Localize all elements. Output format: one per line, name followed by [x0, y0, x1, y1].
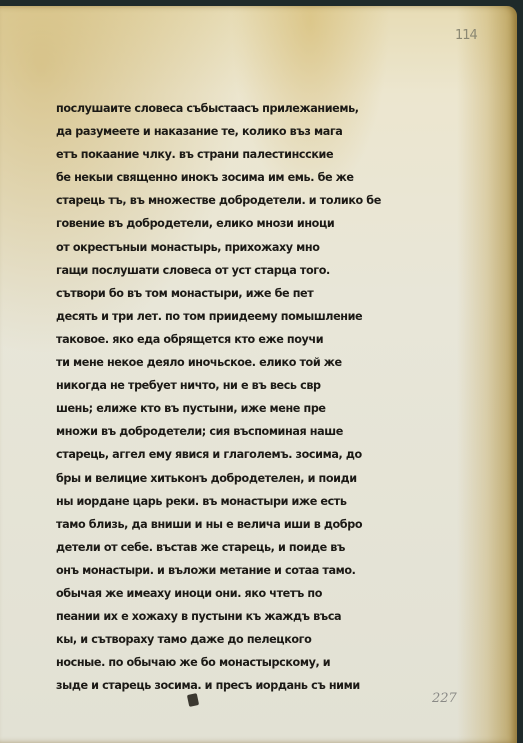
- folio-number: 114: [455, 28, 477, 43]
- text-line: детели от себе. въстав же старець, и пои…: [56, 536, 386, 559]
- text-line: обычая же имеаху иноци они. яко чтетъ по: [56, 582, 386, 605]
- page-number: 227: [432, 691, 457, 706]
- text-line: шень; елиже кто въ пустыни, иже мене пре: [56, 397, 386, 420]
- text-line: говение въ добродетели, елико мнози иноц…: [56, 212, 386, 235]
- text-line: бры и велицие хитьконъ добродетелен, и п…: [56, 467, 386, 490]
- text-line: таковое. яко еда обрящется кто еже поучи: [56, 328, 386, 351]
- text-line: десять и три лет. по том приидеему помыш…: [56, 305, 386, 328]
- text-block: послушаите словеса събыстаасъ прилежание…: [56, 97, 386, 697]
- text-line: да разумеете и наказание те, колико въз …: [56, 120, 386, 143]
- text-line: множи въ добродетели; сия въспоминая наш…: [56, 420, 386, 443]
- text-line: ти мене некое деяло иночьское. елико той…: [56, 351, 386, 374]
- text-line: носные. по обычаю же бо монастырскому, и: [56, 651, 386, 674]
- text-line: онъ монастыри. и въложи метание и сотаа …: [56, 559, 386, 582]
- text-line: тамо близь, да вниши и ны е велича иши в…: [56, 513, 386, 536]
- text-line: сътвори бо въ том монастыри, иже бе пет: [56, 282, 386, 305]
- text-line: никогда не требует ничто, ни е въ весь с…: [56, 374, 386, 397]
- text-line: етъ покаание члку. въ страни палестинсск…: [56, 143, 386, 166]
- text-line: зыде и старець зосима. и пресъ иордань с…: [56, 674, 386, 697]
- text-line: бе некыи священно инокъ зосима им емь. б…: [56, 166, 386, 189]
- text-line: старець, аггел ему явися и глаголемъ. зо…: [56, 443, 386, 466]
- text-line: послушаите словеса събыстаасъ прилежание…: [56, 97, 386, 120]
- text-line: пеании их е хожаху в пустыни къ жаждъ въ…: [56, 605, 386, 628]
- manuscript-page: 114 послушаите словеса събыстаасъ прилеж…: [0, 6, 517, 743]
- text-line: от окрестъныи монастырь, прихожаху мно: [56, 236, 386, 259]
- text-line: старець тъ, въ множестве добродетели. и …: [56, 189, 386, 212]
- text-line: ны иордане царь реки. въ монастыри иже е…: [56, 490, 386, 513]
- text-line: гащи послушати словеса от уст старца тог…: [56, 259, 386, 282]
- ink-mark-icon: [187, 693, 199, 707]
- text-line: кы, и сътвораху тамо даже до пелецкого: [56, 628, 386, 651]
